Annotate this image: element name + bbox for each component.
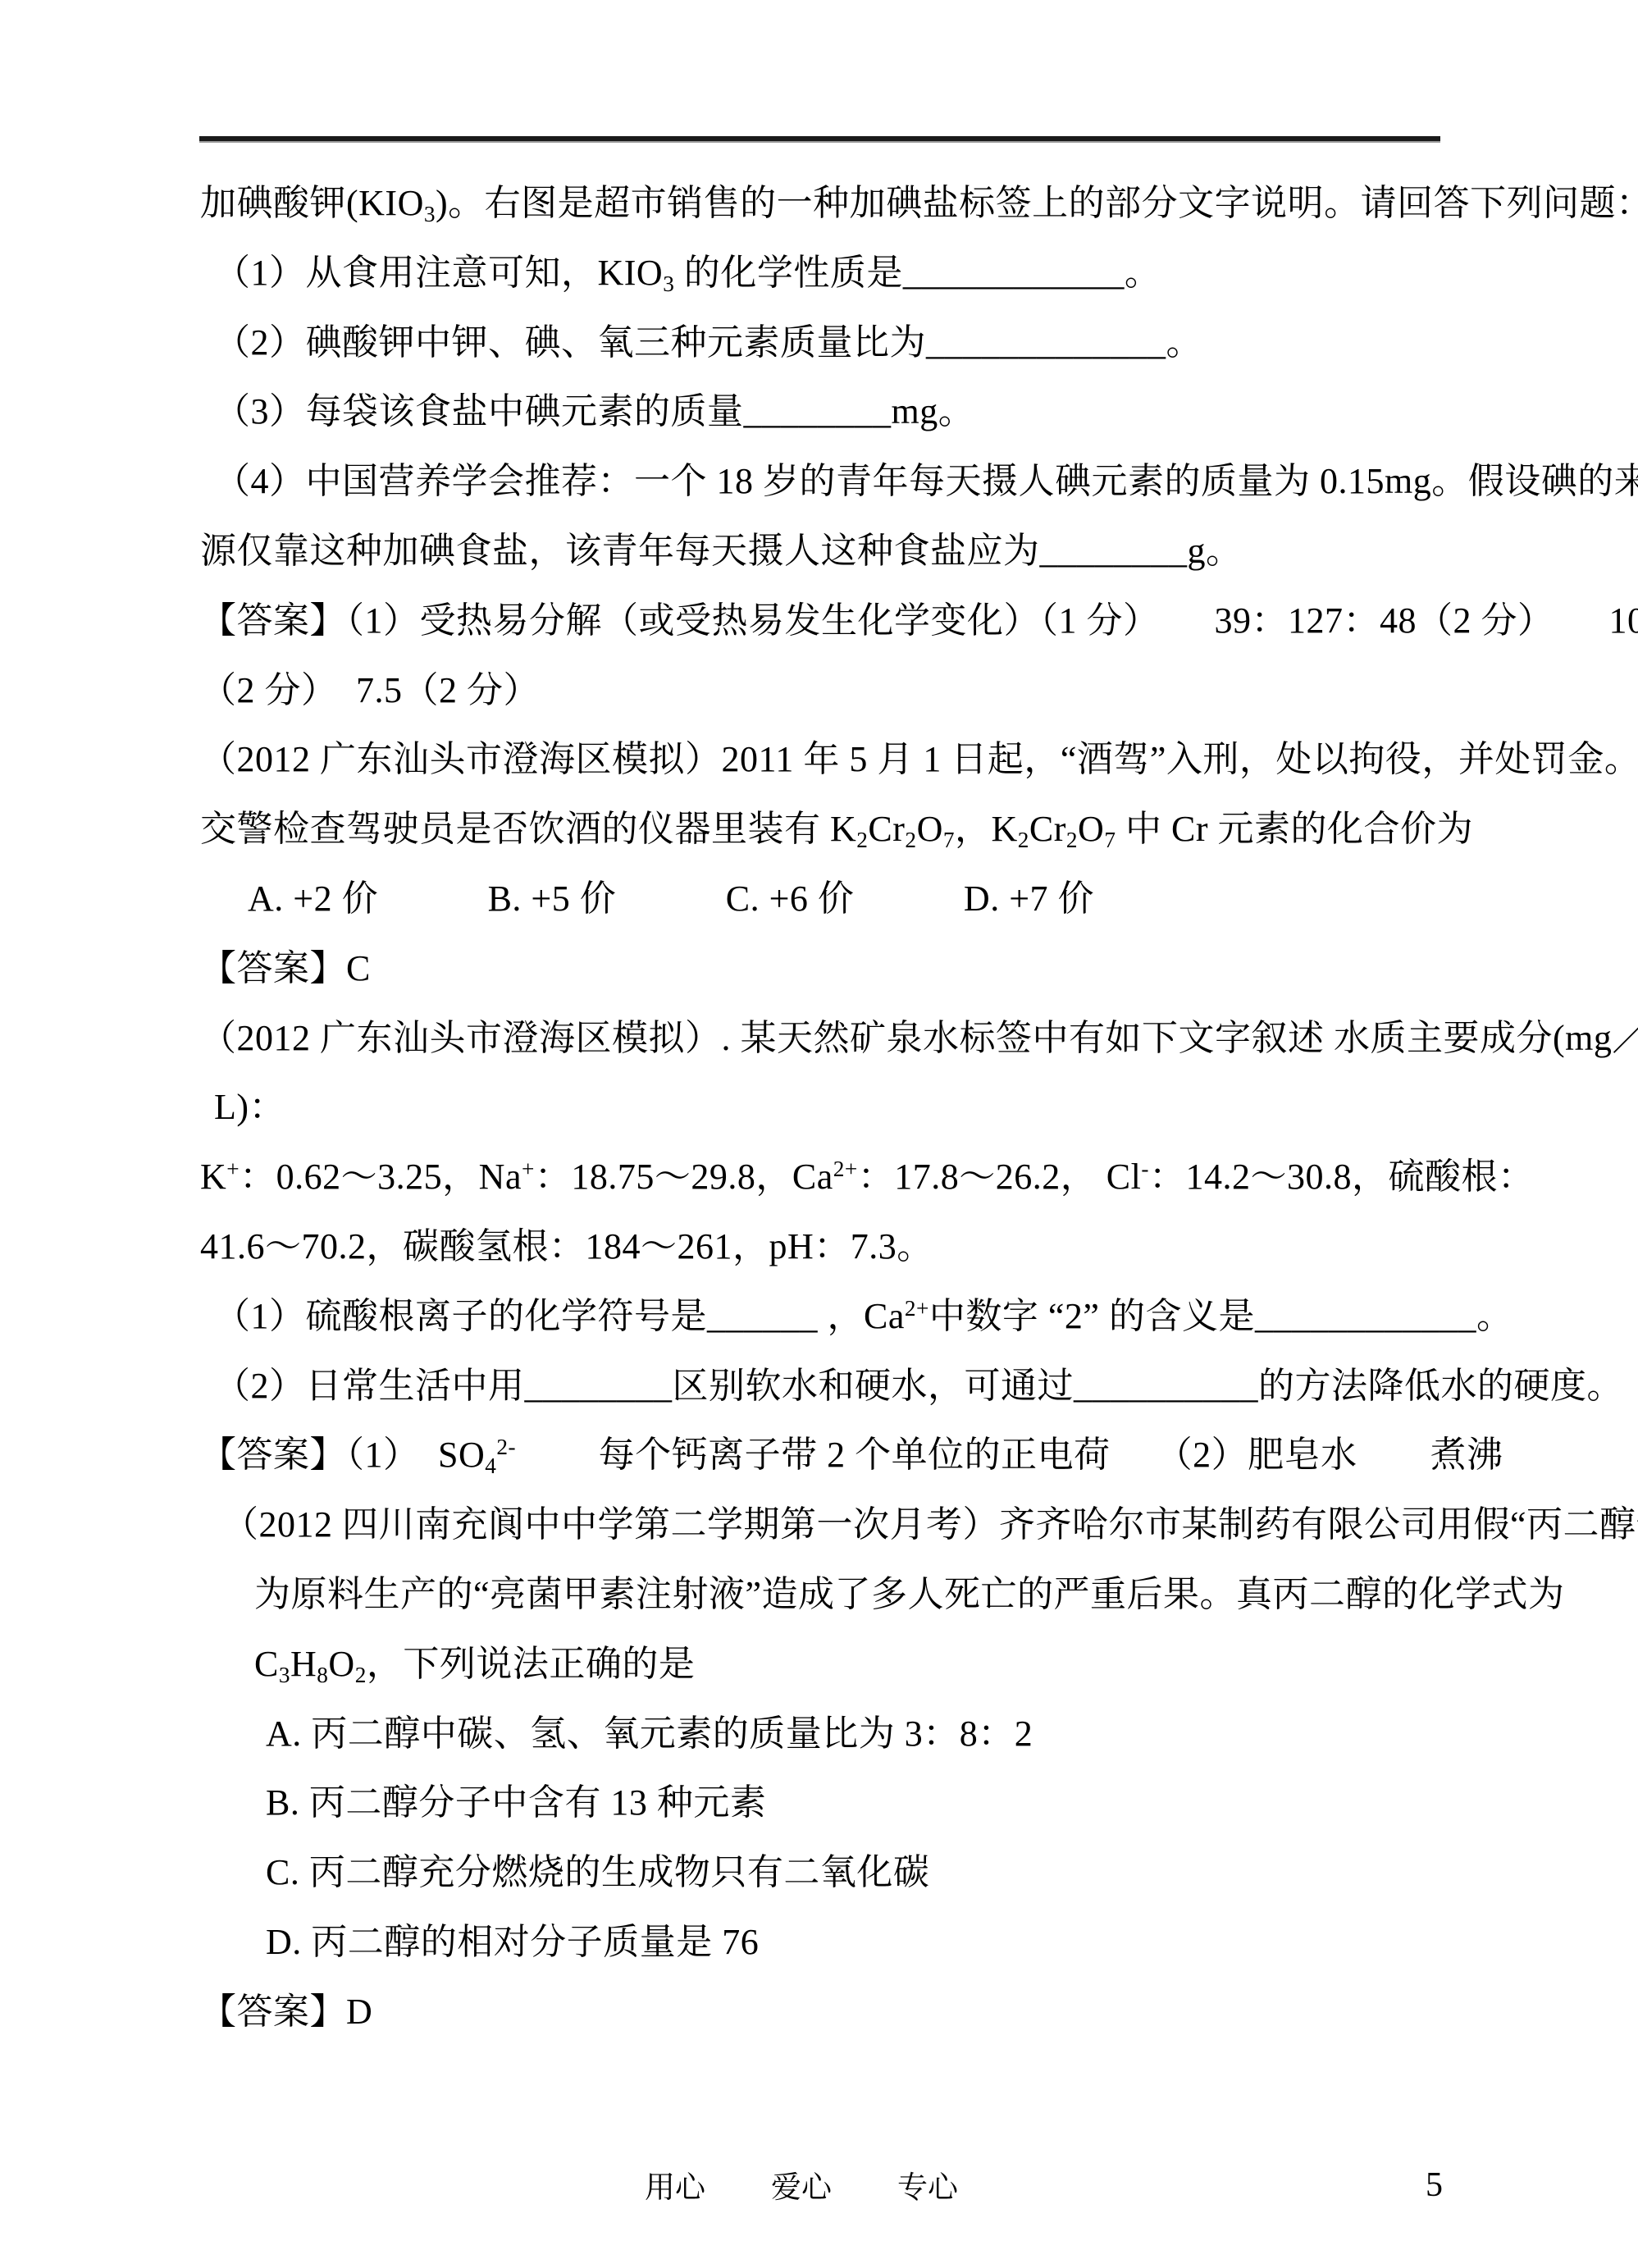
text-line: A. +2 价 B. +5 价 C. +6 价 D. +7 价 [200,865,1442,934]
footer-word: 专心 [897,2170,958,2206]
footer-word: 爱心 [771,2170,832,2206]
document-body-text: 加碘酸钾(KIO3)。右图是超市销售的一种加碘盐标签上的部分文字说明。请回答下列… [200,169,1442,2047]
text-line: （2012 广东汕头市澄海区模拟）2011 年 5 月 1 日起，“酒驾”入刑，… [200,725,1442,795]
text-line: 【答案】（1） SO42- 每个钙离子带 2 个单位的正电荷 （2）肥皂水 煮沸 [200,1421,1442,1490]
text-line: （2 分） 7.5（2 分） [200,656,1442,726]
text-line: （1）硫酸根离子的化学符号是______ ，Ca2+中数字 “2” 的含义是__… [200,1282,1442,1352]
text-line: 加碘酸钾(KIO3)。右图是超市销售的一种加碘盐标签上的部分文字说明。请回答下列… [200,169,1442,239]
header-rule [199,136,1440,143]
text-line: 【答案】C [200,934,1442,1004]
text-line: 【答案】D [200,1978,1442,2047]
document-page: { "page": { "number": "5" }, "footer": {… [0,0,1638,2268]
text-line: （2）日常生活中用________区别软水和硬水，可通过__________的方… [200,1352,1442,1421]
text-line: 【答案】（1）受热易分解（或受热易发生化学变化）（1 分） 39：127：48（… [200,586,1442,656]
page-number: 5 [1426,2165,1443,2205]
text-line: C3H8O2，下列说法正确的是 [200,1630,1442,1700]
text-line: （2）碘酸钾中钾、碘、氧三种元素质量比为_____________。 [200,308,1442,378]
text-line: L)： [200,1073,1442,1143]
page-background: 加碘酸钾(KIO3)。右图是超市销售的一种加碘盐标签上的部分文字说明。请回答下列… [0,0,1638,2268]
text-line: D. 丙二醇的相对分子质量是 76 [200,1908,1442,1978]
text-line: 源仅靠这种加碘食盐，该青年每天摄人这种食盐应为________g。 [200,517,1442,586]
text-line: B. 丙二醇分子中含有 13 种元素 [200,1768,1442,1838]
text-line: 41.6～70.2，碳酸氢根：184～261，pH：7.3。 [200,1212,1442,1282]
text-line: （1）从食用注意可知，KIO3 的化学性质是____________。 [200,239,1442,308]
text-line: （2012 广东汕头市澄海区模拟）. 某天然矿泉水标签中有如下文字叙述 水质主要… [200,1004,1442,1074]
footer: 用心 爱心 专心 [645,2170,958,2206]
text-line: （4）中国营养学会推荐：一个 18 岁的青年每天摄人碘元素的质量为 0.15mg… [200,447,1442,517]
text-line: （3）每袋该食盐中碘元素的质量________mg。 [200,377,1442,447]
footer-word: 用心 [645,2170,705,2206]
text-line: K+：0.62～3.25，Na+：18.75～29.8，Ca2+：17.8～26… [200,1143,1442,1212]
text-line: A. 丙二醇中碳、氢、氧元素的质量比为 3：8：2 [200,1700,1442,1769]
text-line: C. 丙二醇充分燃烧的生成物只有二氧化碳 [200,1838,1442,1908]
text-line: 交警检查驾驶员是否饮酒的仪器里装有 K2Cr2O7，K2Cr2O7 中 Cr 元… [200,795,1442,865]
text-line: 为原料生产的“亮菌甲素注射液”造成了多人死亡的严重后果。真丙二醇的化学式为 [200,1560,1442,1630]
text-line: （2012 四川南充阆中中学第二学期第一次月考）齐齐哈尔市某制药有限公司用假“丙… [200,1490,1442,1560]
